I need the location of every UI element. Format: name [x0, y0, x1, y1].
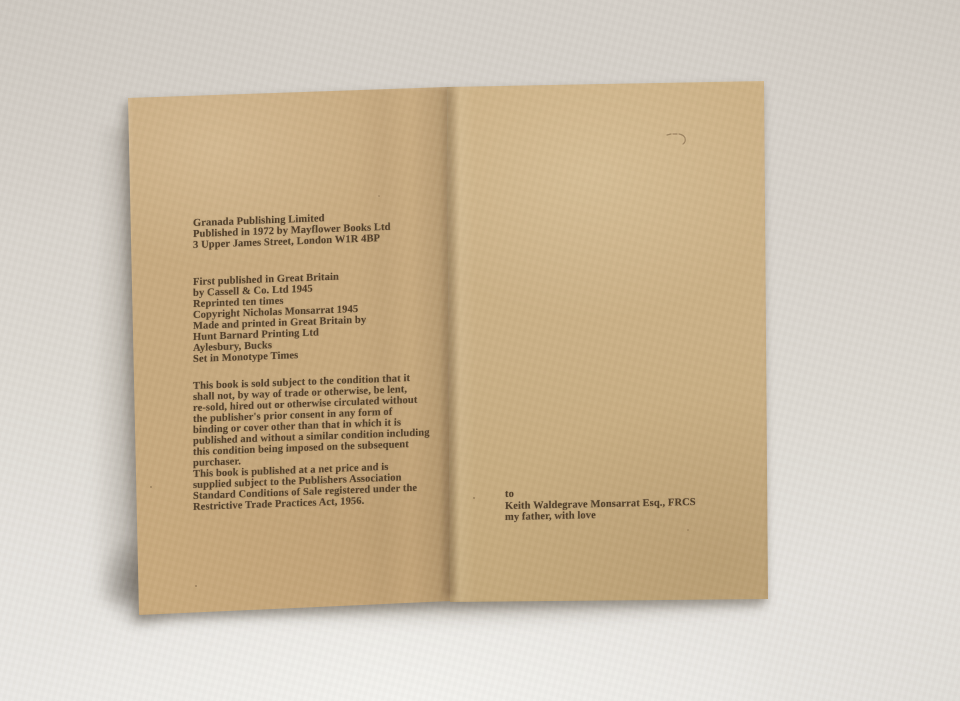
paper-speck [473, 497, 475, 499]
paper-speck [378, 195, 380, 197]
paper-speck [195, 585, 197, 587]
pen-mark [665, 129, 697, 147]
copyright-page-text: Granada Publishing Limited Published in … [193, 198, 438, 524]
open-book: Granada Publishing Limited Published in … [0, 0, 960, 701]
paper-speck [150, 486, 152, 488]
imprint-history-block: First published in Great Britain by Cass… [193, 268, 438, 365]
imprint-conditions-block: This book is sold subject to the conditi… [193, 372, 438, 513]
imprint-publisher-block: Granada Publishing Limited Published in … [193, 209, 438, 251]
left-page: Granada Publishing Limited Published in … [128, 85, 451, 617]
dedication-text: to Keith Waldegrave Monsarrat Esq., FRCS… [505, 484, 735, 523]
photo-of-open-book: Granada Publishing Limited Published in … [0, 0, 960, 701]
right-page: to Keith Waldegrave Monsarrat Esq., FRCS… [447, 79, 769, 604]
paper-speck [687, 529, 689, 531]
